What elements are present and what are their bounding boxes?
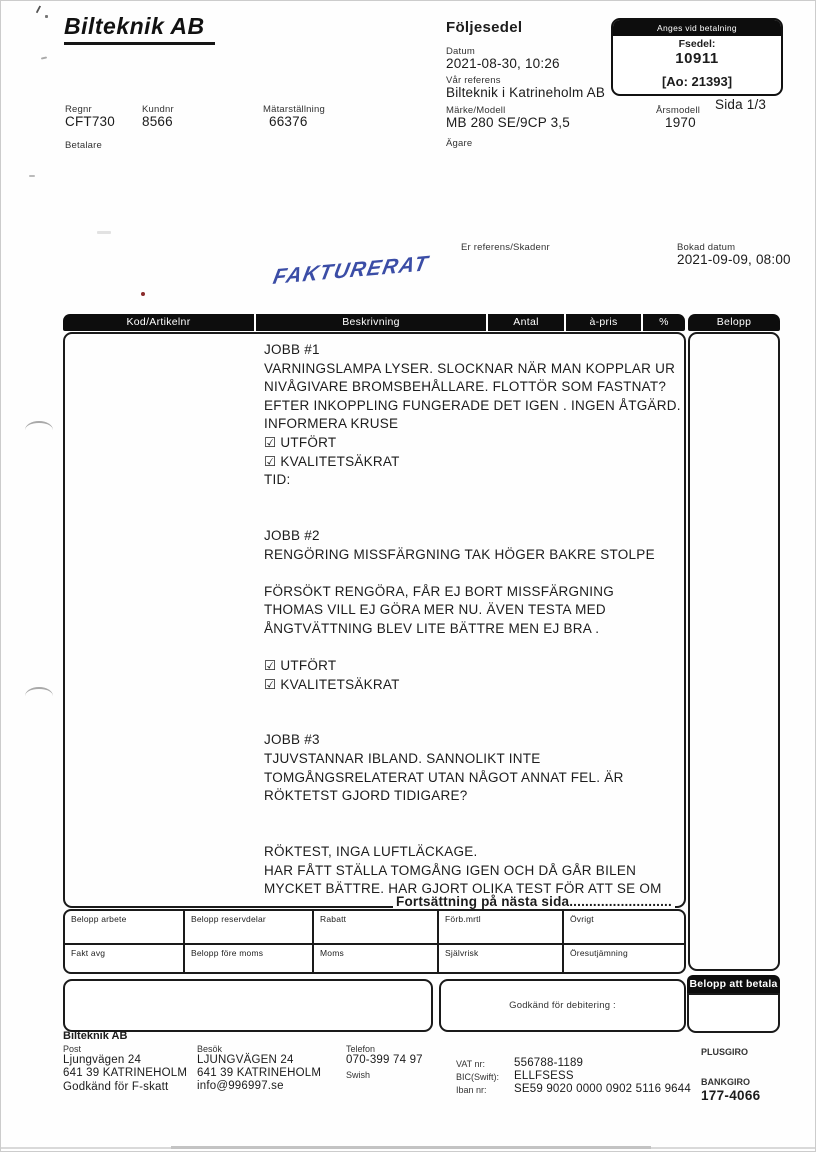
footer-telefon-label: Telefon <box>346 1044 375 1054</box>
belopp-att-betala-header: Belopp att betala <box>687 975 780 993</box>
fsedel-value: 10911 <box>613 50 781 67</box>
marke-modell-value: MB 280 SE/9CP 3,5 <box>446 115 570 130</box>
footer-bankgiro-label: BANKGIRO <box>701 1077 750 1087</box>
footer-iban-label: Iban nr: <box>456 1085 487 1095</box>
footer-iban-value: SE59 9020 0000 0902 5116 9644 <box>514 1083 691 1095</box>
summary-belopp-arbete: Belopp arbete <box>65 911 185 943</box>
notes-box <box>63 979 433 1032</box>
col-belopp: Belopp <box>688 314 780 331</box>
footer-post-address1: Ljungvägen 24 <box>63 1054 141 1066</box>
work-table-header: Kod/Artikelnr Beskrivning Antal à-pris % <box>63 314 685 331</box>
scan-artifact <box>41 56 47 59</box>
footer-besok-address2: 641 39 KATRINEHOLM <box>197 1067 321 1079</box>
scanned-delivery-note: Bilteknik AB Följesedel Datum 2021-08-30… <box>0 0 816 1152</box>
summary-fakt-avg: Fakt avg <box>65 945 185 974</box>
col-kod-artikelnr: Kod/Artikelnr <box>63 314 256 331</box>
col-beskrivning: Beskrivning <box>256 314 488 331</box>
company-logo: Bilteknik AB <box>64 13 215 45</box>
summary-forb-mrtl: Förb.mrtl <box>439 911 564 943</box>
datum-value: 2021-08-30, 10:26 <box>446 56 560 71</box>
var-referens-value: Bilteknik i Katrineholm AB <box>446 85 605 100</box>
payment-box-title: Anges vid betalning <box>613 20 781 36</box>
footer-post-address2: 641 39 KATRINEHOLM <box>63 1067 187 1079</box>
summary-belopp-fore-moms: Belopp före moms <box>185 945 314 974</box>
payment-reference-box: Anges vid betalning Fsedel: 10911 [Ao: 2… <box>611 18 783 96</box>
summary-ovrigt: Övrigt <box>564 911 684 943</box>
agare-label: Ägare <box>446 138 472 149</box>
betalare-label: Betalare <box>65 140 102 151</box>
handwritten-fakturerat: FAKTURERAT <box>271 252 431 290</box>
footer-bic-label: BIC(Swift): <box>456 1072 499 1082</box>
belopp-column-body <box>688 332 780 971</box>
footer-telefon-value: 070-399 74 97 <box>346 1054 423 1066</box>
summary-table: Belopp arbete Belopp reservdelar Rabatt … <box>63 909 686 974</box>
scan-edge-line <box>171 1146 651 1149</box>
summary-moms: Moms <box>314 945 439 974</box>
bokad-datum-value: 2021-09-09, 08:00 <box>677 252 791 267</box>
footer-vat-value: 556788-1189 <box>514 1057 583 1069</box>
page-number: Sida 1/3 <box>715 97 766 112</box>
footer-company: Bilteknik AB <box>63 1030 127 1042</box>
godkand-debitering-box: Godkänd för debitering : <box>439 979 686 1032</box>
scan-artifact <box>141 292 145 296</box>
col-a-pris: à-pris <box>566 314 643 331</box>
footer-email: info@996997.se <box>197 1080 284 1092</box>
footer-bic-value: ELLFSESS <box>514 1070 574 1082</box>
belopp-att-betala-box <box>687 993 780 1033</box>
footer-fskatt: Godkänd för F-skatt <box>63 1081 168 1093</box>
job-description-text: JOBB #1VARNINGSLAMPA LYSER. SLOCKNAR NÄR… <box>264 342 684 900</box>
footer-besok-label: Besök <box>197 1044 222 1054</box>
footer-bankgiro-value: 177-4066 <box>701 1088 760 1103</box>
ao-number: [Ao: 21393] <box>613 74 781 89</box>
kundnr-value: 8566 <box>142 114 173 129</box>
scan-artifact <box>97 231 111 234</box>
summary-belopp-reservdelar: Belopp reservdelar <box>185 911 314 943</box>
punch-hole <box>25 421 53 439</box>
punch-hole <box>25 687 53 705</box>
continuation-note: Fortsättning på nästa sida..............… <box>393 894 675 909</box>
scan-artifact <box>45 15 48 18</box>
summary-rabatt: Rabatt <box>314 911 439 943</box>
footer-swish-label: Swish <box>346 1070 370 1080</box>
footer-besok-address1: LJUNGVÄGEN 24 <box>197 1054 294 1066</box>
godkand-debitering-label: Godkänd för debitering : <box>509 1000 616 1011</box>
summary-oresutjamning: Öresutjämning <box>564 945 684 974</box>
fsedel-label: Fsedel: <box>613 38 781 50</box>
arsmodell-value: 1970 <box>665 115 696 130</box>
footer-post-label: Post <box>63 1044 81 1054</box>
regnr-value: CFT730 <box>65 114 115 129</box>
summary-sjalvrisk: Självrisk <box>439 945 564 974</box>
footer-vat-label: VAT nr: <box>456 1059 485 1069</box>
col-percent: % <box>643 314 685 331</box>
matarstallning-value: 66376 <box>269 114 308 129</box>
document-title: Följesedel <box>446 19 522 36</box>
footer-plusgiro-label: PLUSGIRO <box>701 1047 748 1057</box>
scan-artifact <box>29 175 35 177</box>
er-referens-label: Er referens/Skadenr <box>461 242 550 253</box>
col-antal: Antal <box>488 314 566 331</box>
